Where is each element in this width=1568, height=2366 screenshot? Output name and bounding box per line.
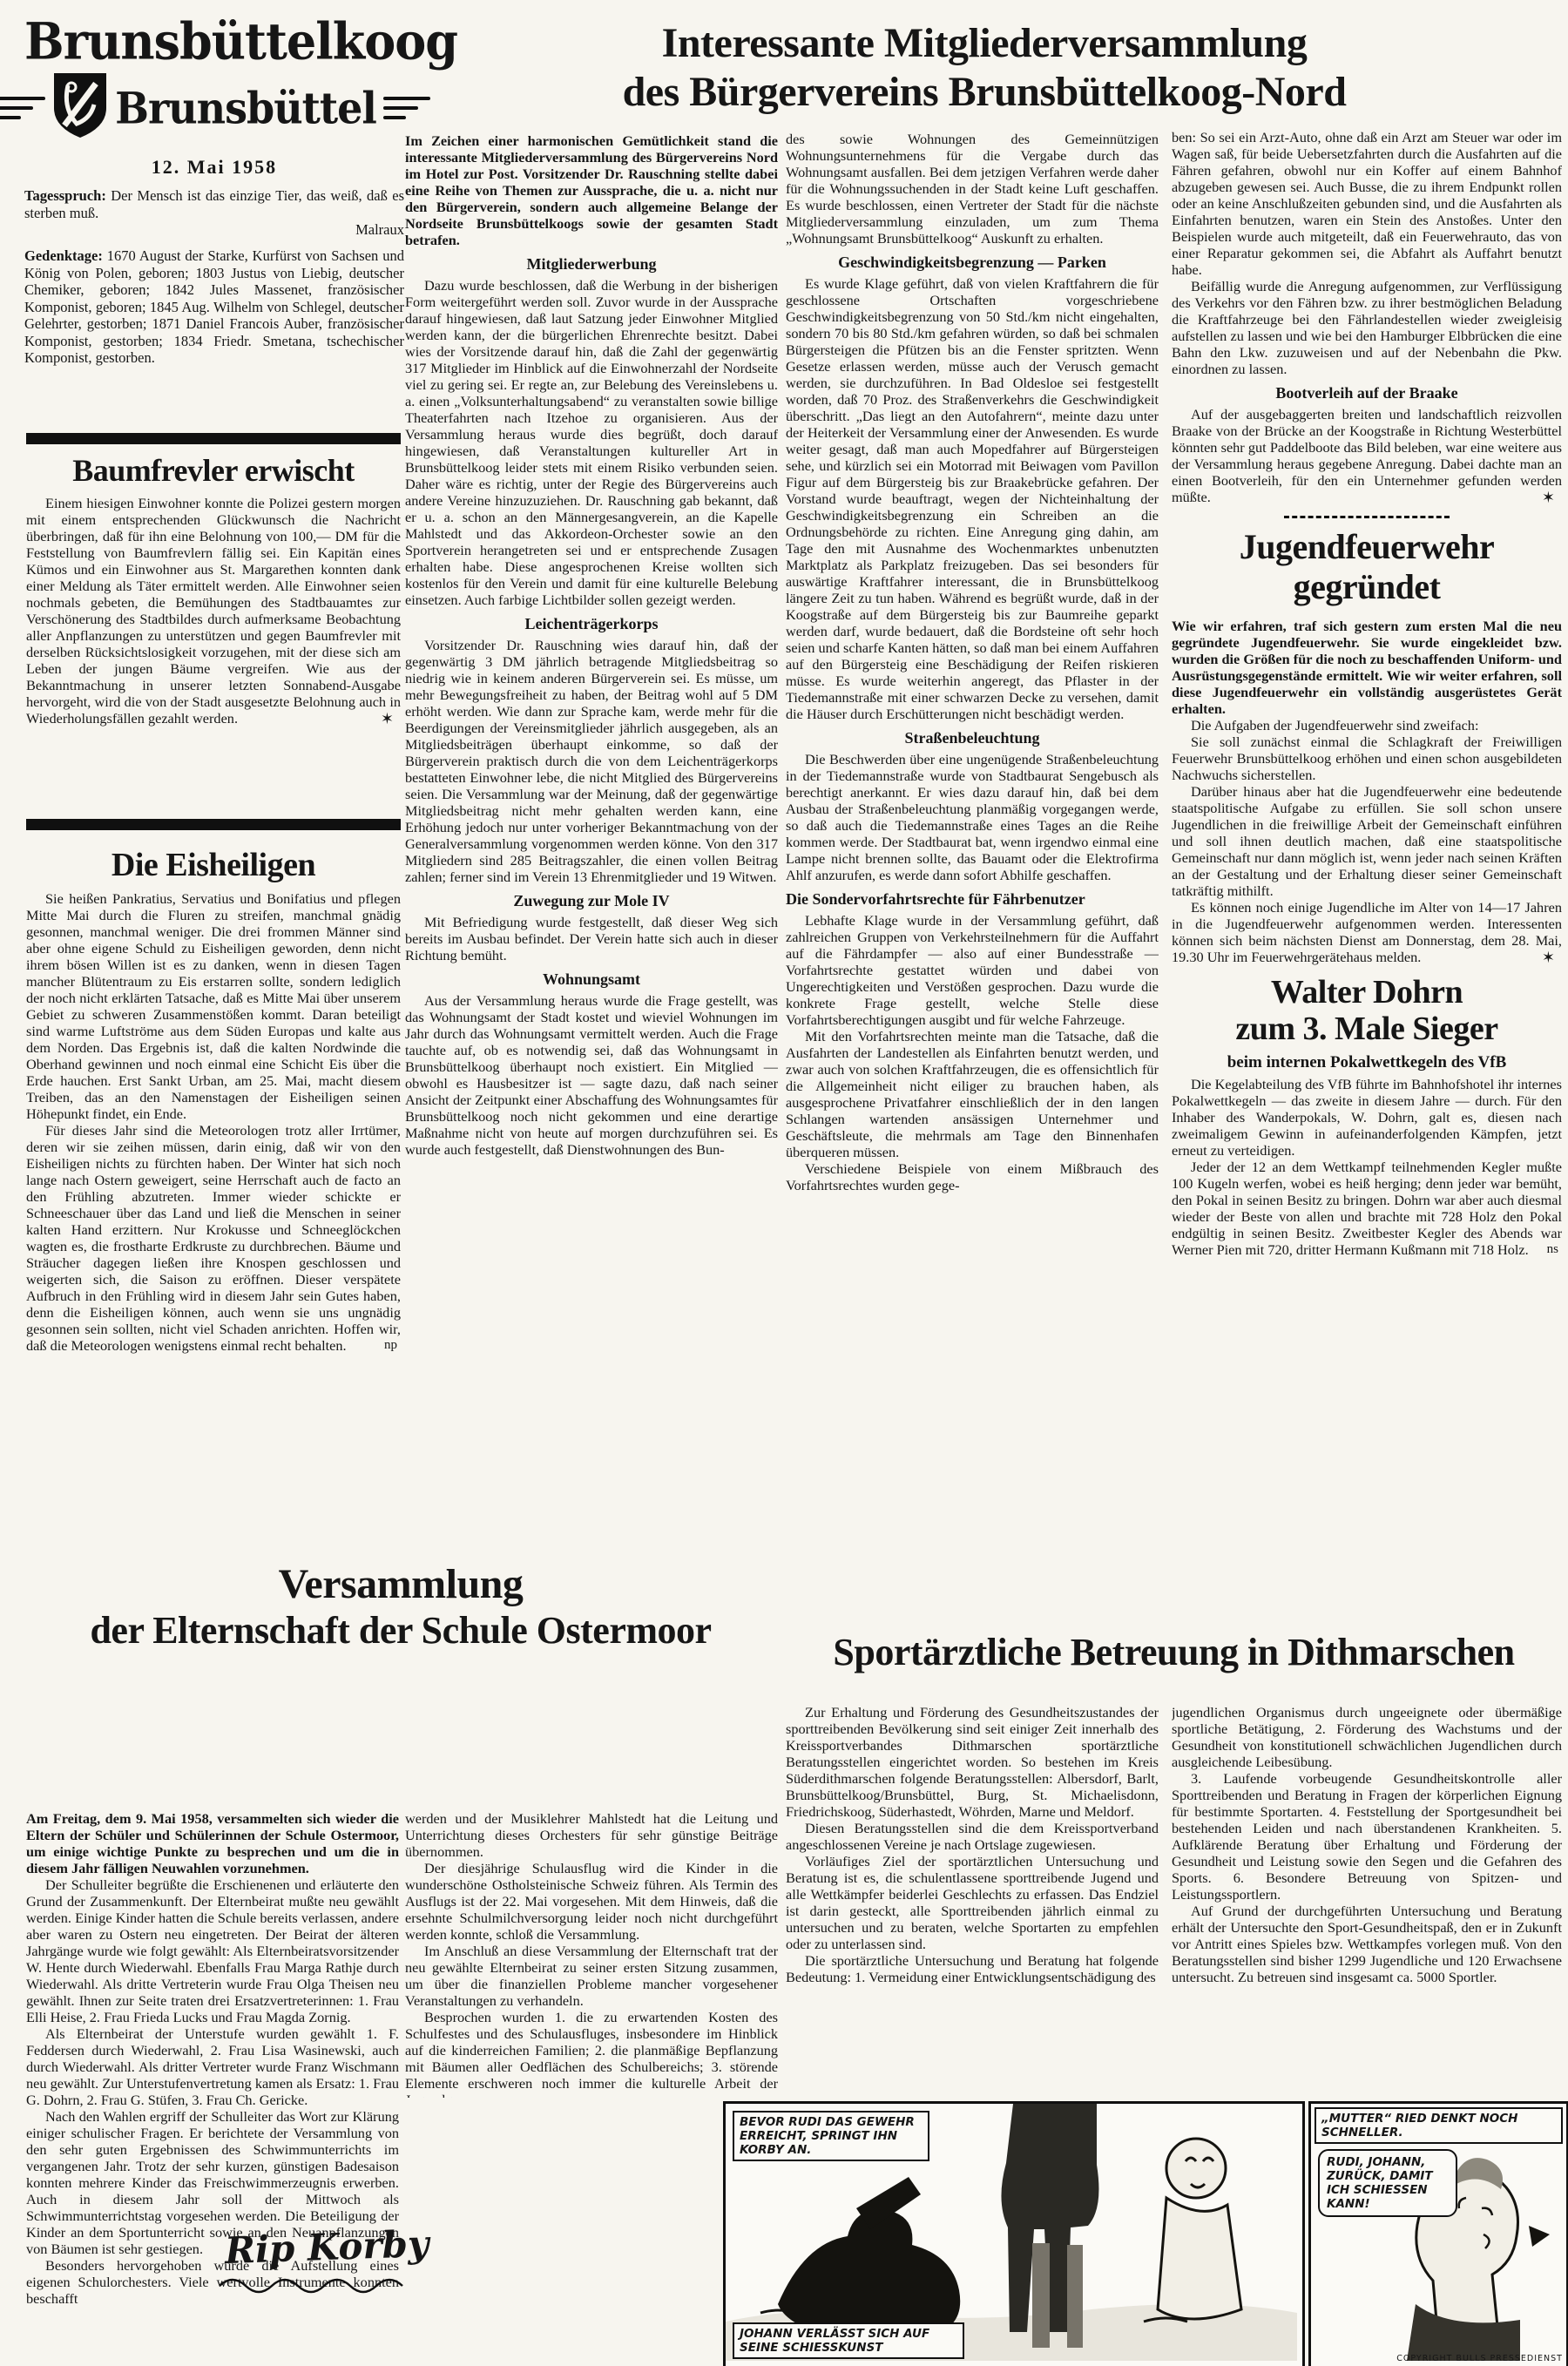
paragraph: Die Beschwerden über eine ungenügende St… xyxy=(786,751,1159,883)
comic-caption: Johann verlässt sich auf seine Schiessku… xyxy=(733,2322,964,2359)
eisheiligen-body: Sie heißen Pankratius, Servatius und Bon… xyxy=(26,890,401,1552)
paragraph: jugendlichen Organismus durch ungeeignet… xyxy=(1172,1704,1562,1770)
divider-rule xyxy=(26,819,401,830)
lead-paragraph: Im Zeichen einer harmonischen Gemütlichk… xyxy=(405,132,778,248)
gedenktage: Gedenktage: 1670 August der Starke, Kurf… xyxy=(24,247,404,367)
ostermoor-headline-line2: der Elternschaft der Schule Ostermoor xyxy=(24,1608,777,1653)
main-headline: Interessante Mitgliederversammlung des B… xyxy=(409,19,1559,117)
paragraph: Einem hiesigen Einwohner konnte die Poli… xyxy=(26,495,401,727)
comic-panel-1: Bevor Rudi das Gewehr erreicht, springt … xyxy=(723,2101,1305,2366)
paragraph: Sie soll zunächst einmal die Schlagkraft… xyxy=(1172,733,1562,783)
paragraph: Der diesjährige Schulausflug wird die Ki… xyxy=(405,1860,778,1943)
paragraph: Besprochen wurden 1. die zu erwartenden … xyxy=(405,2009,778,2098)
paragraph: werden und der Musiklehrer Mahlstedt hat… xyxy=(405,1810,778,1860)
comic-strip-title: Rip Korby xyxy=(224,2222,429,2272)
ostermoor-headline-line1: Versammlung xyxy=(24,1561,777,1608)
baumfrevler-body: Einem hiesigen Einwohner konnte die Poli… xyxy=(26,495,401,815)
lead-paragraph: Am Freitag, dem 9. Mai 1958, versammelte… xyxy=(26,1810,399,1876)
article-column-2: Im Zeichen einer harmonischen Gemütlichk… xyxy=(405,132,778,1563)
lead-paragraph: Wie wir erfahren, traf sich gestern zum … xyxy=(1172,618,1562,717)
newspaper-page: Brunsbüttelkoog Brunsbüttel 12. Mai 1958… xyxy=(0,0,1568,2366)
paragraph: Zur Erhaltung und Förderung des Gesundhe… xyxy=(786,1704,1159,1820)
dashed-divider xyxy=(1284,516,1450,518)
signature-flourish-icon xyxy=(218,2275,427,2298)
comic-caption: Bevor Rudi das Gewehr erreicht, springt … xyxy=(733,2111,929,2161)
subhead-wohnungsamt: Wohnungsamt xyxy=(405,970,778,989)
main-headline-line1: Interessante Mitgliederversammlung xyxy=(409,19,1559,68)
paragraph: Der Schulleiter begrüßte die Erschienene… xyxy=(26,1876,399,2025)
issue-date: 12. Mai 1958 xyxy=(24,156,404,179)
paragraph: Vorläufiges Ziel der sportärztlichen Unt… xyxy=(786,1853,1159,1952)
paragraph: Auf der ausgebaggerten breiten und lands… xyxy=(1172,406,1562,505)
subhead-geschwindigkeit: Geschwindigkeitsbegrenzung — Parken xyxy=(786,253,1159,272)
tagesspruch-author: Malraux xyxy=(24,221,404,239)
paragraph: Die sportärztliche Untersuchung und Bera… xyxy=(786,1952,1159,1985)
coat-of-arms-shield-icon xyxy=(52,71,108,144)
jugendfeuerwehr-headline: Jugendfeuerwehr gegründet xyxy=(1172,527,1562,607)
article-column-4: ben: So sei ein Arzt-Auto, ohne daß ein … xyxy=(1172,129,1562,1582)
tagesspruch-label: Tagesspruch: xyxy=(24,187,106,204)
masthead-title-line1: Brunsbüttelkoog xyxy=(24,14,404,69)
masthead: Brunsbüttelkoog Brunsbüttel 12. Mai 1958… xyxy=(24,16,404,367)
masthead-wing-left-icon xyxy=(0,97,45,119)
paragraph: ben: So sei ein Arzt-Auto, ohne daß ein … xyxy=(1172,129,1562,278)
paragraph: des sowie Wohnungen des Gemeinnützigen W… xyxy=(786,131,1159,247)
paragraph: Auf Grund der durchgeführten Untersuchun… xyxy=(1172,1903,1562,1985)
paragraph: Darüber hinaus aber hat die Jugendfeuerw… xyxy=(1172,783,1562,899)
dithmarschen-column-2: jugendlichen Organismus durch ungeeignet… xyxy=(1172,1704,1562,2098)
subhead-mitgliederwerbung: Mitgliederwerbung xyxy=(405,254,778,274)
gedenktage-text: 1670 August der Starke, Kurfürst von Sac… xyxy=(24,247,404,366)
dohrn-headline: Walter Dohrn zum 3. Male Sieger xyxy=(1172,974,1562,1047)
paragraph: Die Kegelabteilung des VfB führte im Bah… xyxy=(1172,1076,1562,1159)
ostermoor-headline: Versammlung der Elternschaft der Schule … xyxy=(24,1561,777,1653)
paragraph: Mit den Vorfahrtsrechten meinte man die … xyxy=(786,1028,1159,1160)
paragraph: Lebhafte Klage wurde in der Versammlung … xyxy=(786,912,1159,1028)
subhead-strassenbeleuchtung: Straßenbeleuchtung xyxy=(786,728,1159,747)
subhead-bootverleih: Bootverleih auf der Braake xyxy=(1172,383,1562,402)
paragraph: Aus der Versammlung heraus wurde die Fra… xyxy=(405,992,778,1158)
paragraph: Dazu wurde beschlossen, daß die Werbung … xyxy=(405,277,778,608)
paragraph: Für dieses Jahr sind die Meteorologen tr… xyxy=(26,1122,401,1354)
paragraph: Im Anschluß an diese Versammlung der Elt… xyxy=(405,1943,778,2009)
masthead-title-line2: Brunsbüttel xyxy=(115,84,376,132)
dohrn-headline-line2: zum 3. Male Sieger xyxy=(1172,1011,1562,1047)
star-ornament: ✶ xyxy=(1172,493,1562,502)
eisheiligen-headline: Die Eisheiligen xyxy=(26,847,401,883)
paragraph: Es wurde Klage geführt, daß von vielen K… xyxy=(786,275,1159,722)
paragraph: Mit Befriedigung wurde festgestellt, daß… xyxy=(405,914,778,963)
baumfrevler-headline: Baumfrevler erwischt xyxy=(26,453,401,488)
paragraph: Jeder der 12 an dem Wettkampf teilnehmen… xyxy=(1172,1159,1562,1258)
article-column-3: des sowie Wohnungen des Gemeinnützigen W… xyxy=(786,131,1159,1612)
paragraph: 3. Laufende vorbeugende Gesundheitskontr… xyxy=(1172,1770,1562,1903)
comic-panel-2: „Mutter“ Ried denkt noch schneller. Rudi… xyxy=(1308,2101,1568,2366)
comic-caption: „Mutter“ Ried denkt noch schneller. xyxy=(1315,2107,1563,2144)
paragraph: Verschiedene Beispiele von einem Mißbrau… xyxy=(786,1160,1159,1193)
paragraph: Als Elternbeirat der Unterstufe wurden g… xyxy=(26,2025,399,2108)
subhead-leichentraegerkorps: Leichenträgerkorps xyxy=(405,614,778,633)
dithmarschen-column-1: Zur Erhaltung und Förderung des Gesundhe… xyxy=(786,1704,1159,2098)
ostermoor-column-2: werden und der Musiklehrer Mahlstedt hat… xyxy=(405,1810,778,2098)
subhead-sondervorfahrtsrechte: Die Sondervorfahrtsrechte für Fährbenutz… xyxy=(786,889,1159,909)
paragraph: Beifällig wurde die Anregung aufgenommen… xyxy=(1172,278,1562,377)
paragraph: Die Aufgaben der Jugendfeuerwehr sind zw… xyxy=(1172,717,1562,733)
paragraph: Diesen Beratungsstellen sind die dem Kre… xyxy=(786,1820,1159,1853)
dohrn-subtitle: beim internen Pokalwettkegeln des VfB xyxy=(1172,1053,1562,1072)
dithmarschen-headline: Sportärztliche Betreuung in Dithmarschen xyxy=(784,1631,1564,1674)
speech-bubble: Rudi, Johann, zurück, damit ich schiesse… xyxy=(1318,2149,1457,2217)
copyright-notice: COPYRIGHT BULLS PRESSEDIENST xyxy=(1396,2354,1563,2363)
paragraph: Sie heißen Pankratius, Servatius und Bon… xyxy=(26,890,401,1122)
divider-rule xyxy=(26,433,401,444)
main-headline-line2: des Bürgervereins Brunsbüttelkoog-Nord xyxy=(409,68,1559,117)
gedenktage-label: Gedenktage: xyxy=(24,247,103,264)
subhead-zuwegung: Zuwegung zur Mole IV xyxy=(405,891,778,910)
tagesspruch: Tagesspruch: Der Mensch ist das einzige … xyxy=(24,187,404,221)
paragraph: Vorsitzender Dr. Rauschning wies darauf … xyxy=(405,637,778,885)
dohrn-headline-line1: Walter Dohrn xyxy=(1172,974,1562,1011)
